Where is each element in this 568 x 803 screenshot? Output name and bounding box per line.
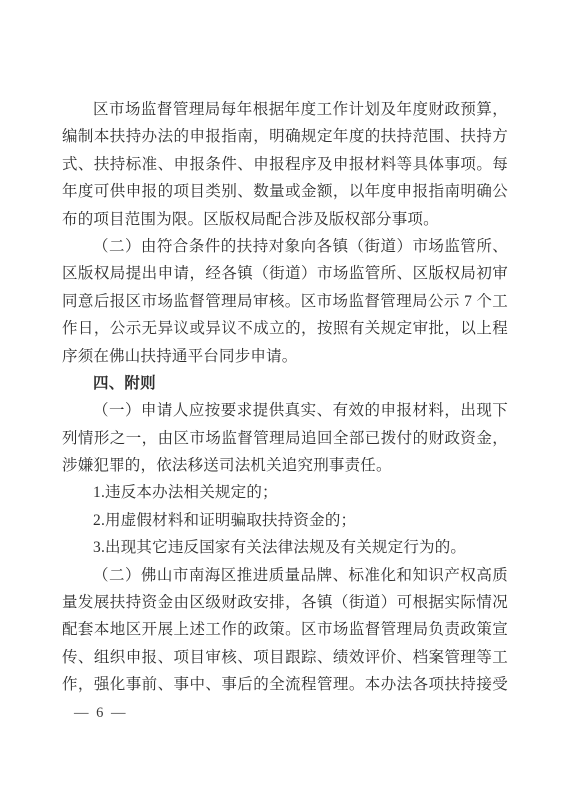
text-line: 量发展扶持资金由区级财政安排，各镇（街道）可根据实际情况 (62, 589, 508, 616)
text-line: 作，强化事前、事中、事后的全流程管理。本办法各项扶持接受 (62, 671, 508, 698)
text-line: （二）由符合条件的扶持对象向各镇（街道）市场监管所、 (62, 233, 508, 260)
text-line: 同意后报区市场监督管理局审核。区市场监督管理局公示 7 个工 (62, 288, 508, 315)
text-line: 布的项目范围为限。区版权局配合涉及版权部分事项。 (62, 206, 508, 233)
text-line: 1.违反本办法相关规定的； (62, 479, 508, 506)
text-line: 区版权局提出申请，经各镇（街道）市场监管所、区版权局初审 (62, 260, 508, 287)
text-line: （一）申请人应按要求提供真实、有效的申报材料，出现下 (62, 397, 508, 424)
document-body: 区市场监督管理局每年根据年度工作计划及年度财政预算，编制本扶持办法的申报指南，明… (62, 96, 508, 699)
text-line: 传、组织申报、项目审核、项目跟踪、绩效评价、档案管理等工 (62, 644, 508, 671)
text-line: 年度可供申报的项目类别、数量或金额，以年度申报指南明确公 (62, 178, 508, 205)
text-line: 四、附则 (62, 370, 508, 397)
text-line: 编制本扶持办法的申报指南，明确规定年度的扶持范围、扶持方 (62, 123, 508, 150)
text-line: 式、扶持标准、申报条件、申报程序及申报材料等具体事项。每 (62, 151, 508, 178)
text-line: 序须在佛山扶持通平台同步申请。 (62, 343, 508, 370)
text-line: （二）佛山市南海区推进质量品牌、标准化和知识产权高质 (62, 562, 508, 589)
text-line: 2.用虚假材料和证明骗取扶持资金的； (62, 507, 508, 534)
text-line: 作日，公示无异议或异议不成立的，按照有关规定审批，以上程 (62, 315, 508, 342)
text-line: 区市场监督管理局每年根据年度工作计划及年度财政预算， (62, 96, 508, 123)
text-line: 3.出现其它违反国家有关法律法规及有关规定行为的。 (62, 534, 508, 561)
document-page: 区市场监督管理局每年根据年度工作计划及年度财政预算，编制本扶持办法的申报指南，明… (0, 0, 568, 803)
text-line: 列情形之一，由区市场监督管理局追回全部已拨付的财政资金， (62, 425, 508, 452)
text-line: 配套本地区开展上述工作的政策。区市场监督管理局负责政策宣 (62, 616, 508, 643)
page-number: — 6 — (74, 703, 128, 723)
text-line: 涉嫌犯罪的，依法移送司法机关追究刑事责任。 (62, 452, 508, 479)
